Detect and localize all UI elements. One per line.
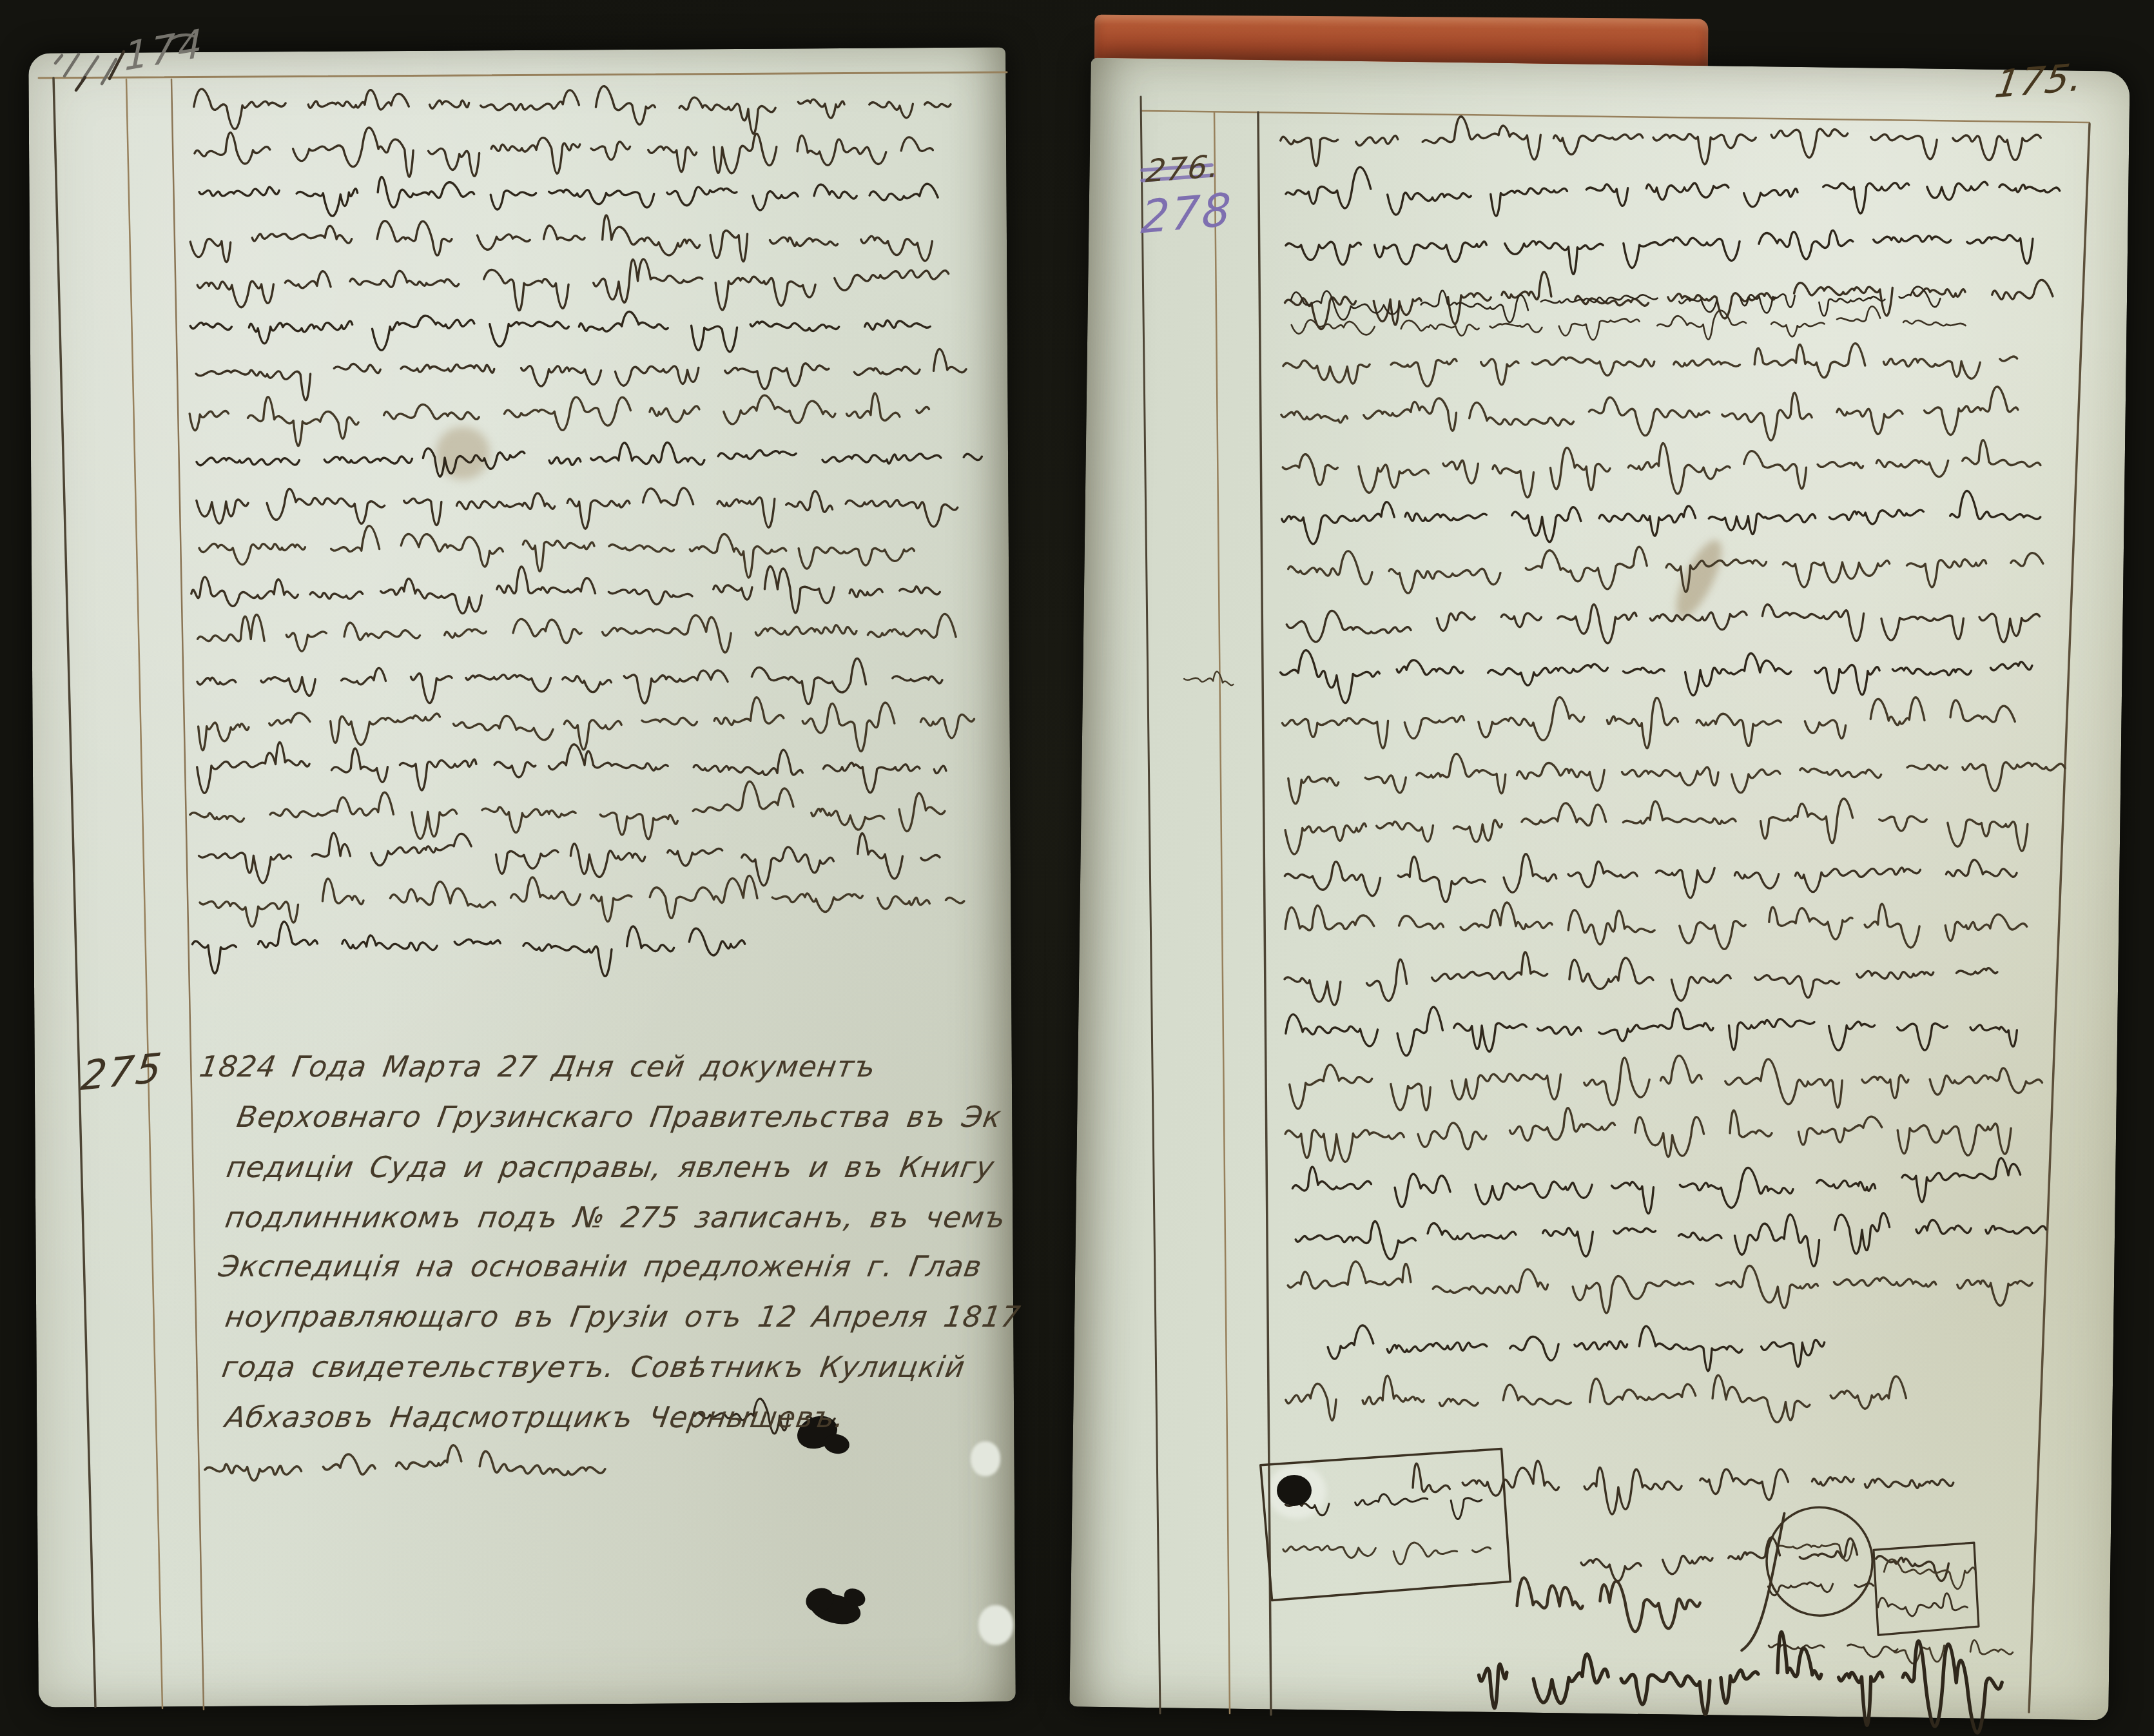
georgian-handwriting-line [199, 697, 975, 753]
georgian-handwriting-line [1281, 387, 2019, 445]
georgian-handwriting-line [1280, 644, 2032, 704]
russian-entry-line: Абхазовъ Надсмотрщикъ Чернышевъ. [223, 1400, 848, 1434]
bottom-flourish-line [1479, 1630, 2003, 1736]
georgian-handwriting-line [1285, 797, 2028, 857]
russian-entry-line: подлинникомъ подъ № 275 записанъ, въ чем… [223, 1200, 1009, 1234]
georgian-handwriting-line [1283, 342, 2017, 387]
ruled-margin-line [1214, 112, 1230, 1713]
russian-entry-line: года свидетельствуетъ. Совѣтникъ Кулицкі… [220, 1350, 967, 1384]
ruled-margin-line [53, 78, 95, 1707]
paper-tear [971, 1441, 1000, 1476]
georgian-handwriting-line [199, 175, 938, 216]
georgian-handwriting-line [1281, 491, 2040, 545]
scribble-stroke [64, 54, 79, 76]
ruled-margin-line [2029, 124, 2090, 1712]
georgian-handwriting-line [1288, 543, 2043, 596]
ruled-margin-line [1141, 111, 2090, 122]
georgian-handwriting-line [1286, 601, 2040, 649]
entry-number-275: 275 [79, 1048, 165, 1097]
georgian-handwriting-line [1285, 268, 2053, 329]
scribble-stroke [76, 77, 85, 90]
georgian-handwriting-line [190, 311, 930, 353]
entry-number-278: 278 [1140, 186, 1234, 240]
manuscript-scan: 174 175. 275 276. 278 1824 Года Марта 27… [0, 0, 2154, 1736]
georgian-handwriting-line [190, 215, 932, 263]
georgian-handwriting-line [197, 258, 949, 311]
georgian-handwriting-line [1413, 1458, 1954, 1516]
georgian-handwriting-line [197, 658, 942, 706]
georgian-handwriting-line [198, 613, 956, 654]
georgian-handwriting-line [197, 487, 958, 530]
georgian-handwriting-line [1777, 1544, 1853, 1562]
georgian-handwriting-line [1289, 1053, 2042, 1113]
georgian-handwriting-line [1286, 229, 2033, 277]
ruled-margin-line [126, 79, 162, 1708]
georgian-handwriting-line [1292, 1158, 2021, 1216]
entry-number-276-struck: 276. [1145, 151, 1222, 187]
georgian-handwriting-line [1884, 1559, 1975, 1590]
ruled-margin-line [1141, 97, 1160, 1713]
georgian-handwriting-line [199, 832, 940, 887]
georgian-handwriting-line [1517, 1576, 1700, 1633]
georgian-handwriting-line [1288, 748, 2065, 804]
georgian-handwriting-line [1768, 1582, 1874, 1595]
circled-note-frame [1760, 1500, 1880, 1623]
georgian-handwriting-line [1283, 440, 2041, 500]
georgian-handwriting-line [192, 921, 744, 977]
russian-entry-line: педиціи Суда и расправы, явленъ и въ Кни… [224, 1150, 997, 1184]
paper-tear [978, 1605, 1013, 1645]
annotation-tail-stroke [1740, 1514, 1785, 1651]
russian-entry-line: ноуправляющаго въ Грузіи отъ 12 Апреля 1… [223, 1300, 1024, 1334]
georgian-handwriting-line [1282, 693, 2015, 751]
georgian-handwriting-line [190, 781, 945, 841]
ruled-margin-line [1258, 112, 1271, 1715]
georgian-handwriting-line [1286, 1002, 2017, 1057]
georgian-handwriting-line [1285, 898, 2027, 953]
russian-entry-line: 1824 Года Марта 27 Дня сей документъ [197, 1049, 878, 1084]
russian-entry-line: Экспедиція на основаніи предложенія г. Г… [217, 1249, 985, 1283]
georgian-handwriting-line [1285, 948, 1997, 1006]
ruled-margin-line [39, 72, 1007, 78]
georgian-handwriting-line [1283, 1542, 1491, 1565]
georgian-handwriting-line [1285, 850, 2017, 903]
georgian-handwriting-line [191, 565, 940, 614]
boxed-note-frame [1261, 1448, 1511, 1600]
georgian-handwriting-line [194, 85, 951, 135]
georgian-handwriting-line [1285, 1493, 1482, 1521]
georgian-handwriting-line [200, 875, 964, 927]
georgian-handwriting-line [1769, 1643, 1897, 1658]
georgian-handwriting-line [1288, 1256, 2032, 1316]
georgian-handwriting-line [1328, 1322, 1825, 1374]
ink-blots [792, 1410, 1312, 1629]
scribble-stroke [55, 55, 62, 63]
georgian-handwriting-line [1285, 1104, 2012, 1162]
georgian-handwriting-line [1184, 672, 1233, 686]
georgian-handwriting-line [197, 442, 982, 477]
boxed-note-frame [1874, 1543, 1979, 1635]
right-georgian-text-block [1276, 112, 2070, 1316]
russian-entry-line: Верховнаго Грузинскаго Правительства въ … [235, 1100, 1004, 1134]
georgian-handwriting-line [1295, 1212, 2046, 1271]
georgian-handwriting-line [189, 393, 929, 446]
georgian-handwriting-line [195, 126, 933, 177]
handwriting-overlay [0, 0, 2154, 1736]
georgian-signature-line [205, 1445, 605, 1481]
georgian-handwriting-line [1286, 161, 2060, 219]
georgian-handwriting-line [199, 525, 915, 580]
page-number-right: 175. [1993, 58, 2087, 104]
georgian-handwriting-line [196, 349, 966, 400]
georgian-handwriting-line [1286, 1371, 1907, 1427]
georgian-handwriting-line [197, 741, 946, 794]
georgian-handwriting-line [1878, 1593, 1968, 1616]
binding-hole [1277, 1475, 1312, 1506]
left-georgian-text-block [188, 85, 984, 977]
